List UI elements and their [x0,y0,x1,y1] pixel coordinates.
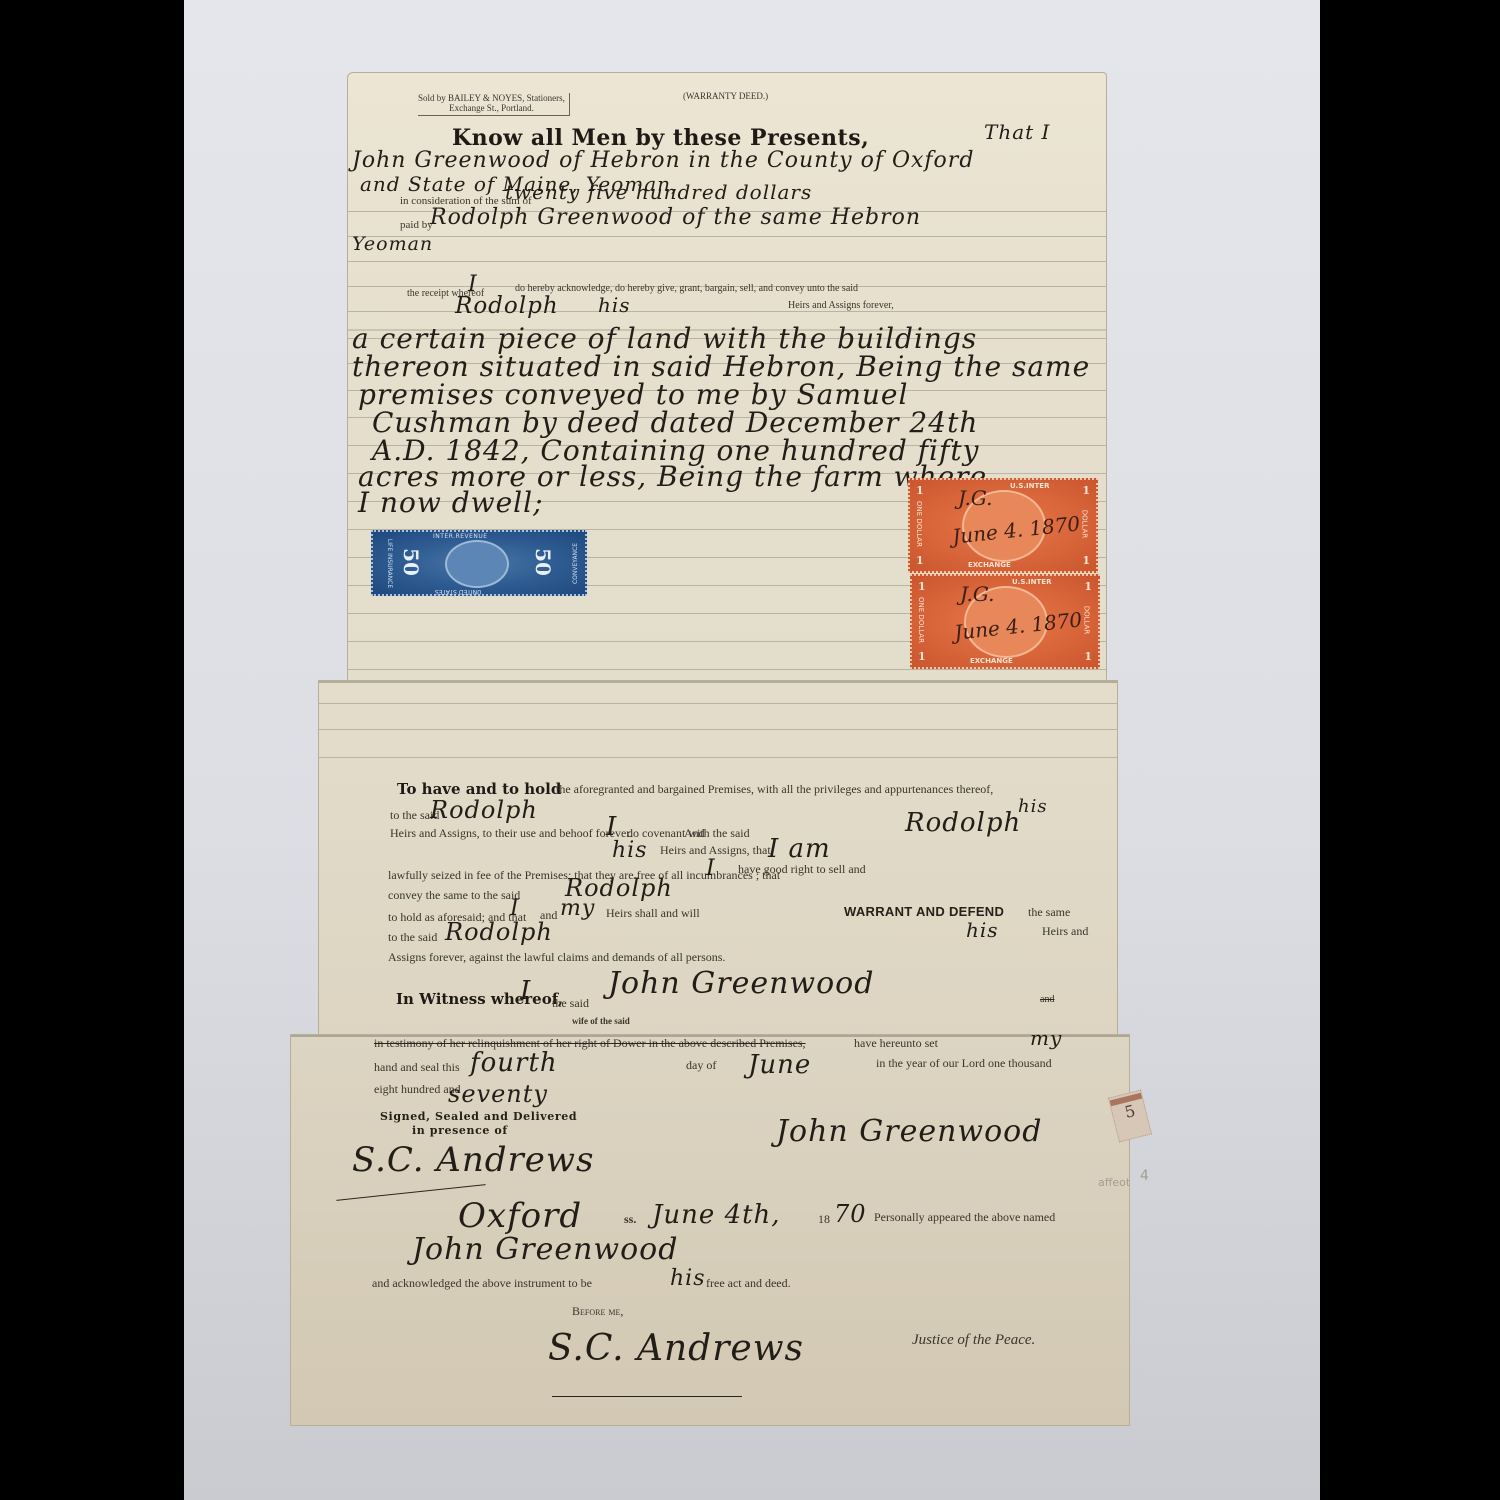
grantee-name: Rodolph [430,796,538,824]
ack-name: John Greenwood [412,1232,678,1267]
witness-signature: S.C. Andrews [352,1140,594,1180]
grantor-name: John Greenwood [608,966,874,1001]
grantee-his: his [598,293,631,317]
pencil-note: affeot [1098,1176,1130,1189]
grantee-name: Rodolph [905,808,1021,838]
grantee-name: Rodolph [455,293,559,319]
signature-flourish [552,1396,742,1397]
cancel-initials: J.G. [960,582,994,606]
ack-date: June 4th, [652,1200,781,1230]
grantee-name: Rodolph [445,918,553,946]
county-written: Oxford [458,1196,582,1236]
consideration-amount: twenty five hundred dollars [505,180,812,204]
justice-title: Justice of the Peace. [912,1332,1035,1349]
heirs-forever: Heirs and Assigns forever, [788,300,894,311]
revenue-stamp-50c-blue: INTER.REVENUE UNITED STATES 50 50 LIFE I… [371,530,587,596]
cancel-initials: J.G. [958,486,992,510]
paid-by-name: Rodolph Greenwood of the same Hebron [430,205,921,230]
month-written: June [748,1050,811,1080]
revenue-stamp-1-dollar-top: 1 1 1 1 U.S.INTER EXCHANGE ONE DOLLAR DO… [908,478,1098,573]
paid-by-occupation: Yeoman [352,233,433,255]
justice-signature: S.C. Andrews [548,1328,804,1369]
revenue-stamp-1-dollar-bottom: 1 1 1 1 U.S.INTER EXCHANGE ONE DOLLAR DO… [910,574,1100,669]
form-title: (WARRANTY DEED.) [683,91,768,101]
year-written: seventy [448,1080,548,1108]
portrait-oval [445,540,509,588]
day-written: fourth [470,1048,558,1078]
photo-frame: Sold by BAILEY & NOYES, Stationers, Exch… [0,0,1500,1500]
acknowledge-text: do hereby acknowledge, do hereby give, g… [515,283,858,294]
grantor-signature: John Greenwood [776,1114,1042,1149]
dower-clause-struck: in testimony of her relinquishment of he… [374,1036,806,1051]
stationer-imprint: Sold by BAILEY & NOYES, Stationers, Exch… [418,93,570,116]
grantor-line-1: John Greenwood of Hebron in the County o… [352,148,974,173]
witness-lead: In Witness whereof, [396,990,563,1008]
headline-handwritten: That I [984,120,1050,144]
paid-by-label: paid by [400,219,433,231]
warrant-and-defend: WARRANT AND DEFEND [844,904,1004,919]
description-line-7: I now dwell; [358,486,544,519]
pencil-mark: 4 [1140,1168,1149,1184]
